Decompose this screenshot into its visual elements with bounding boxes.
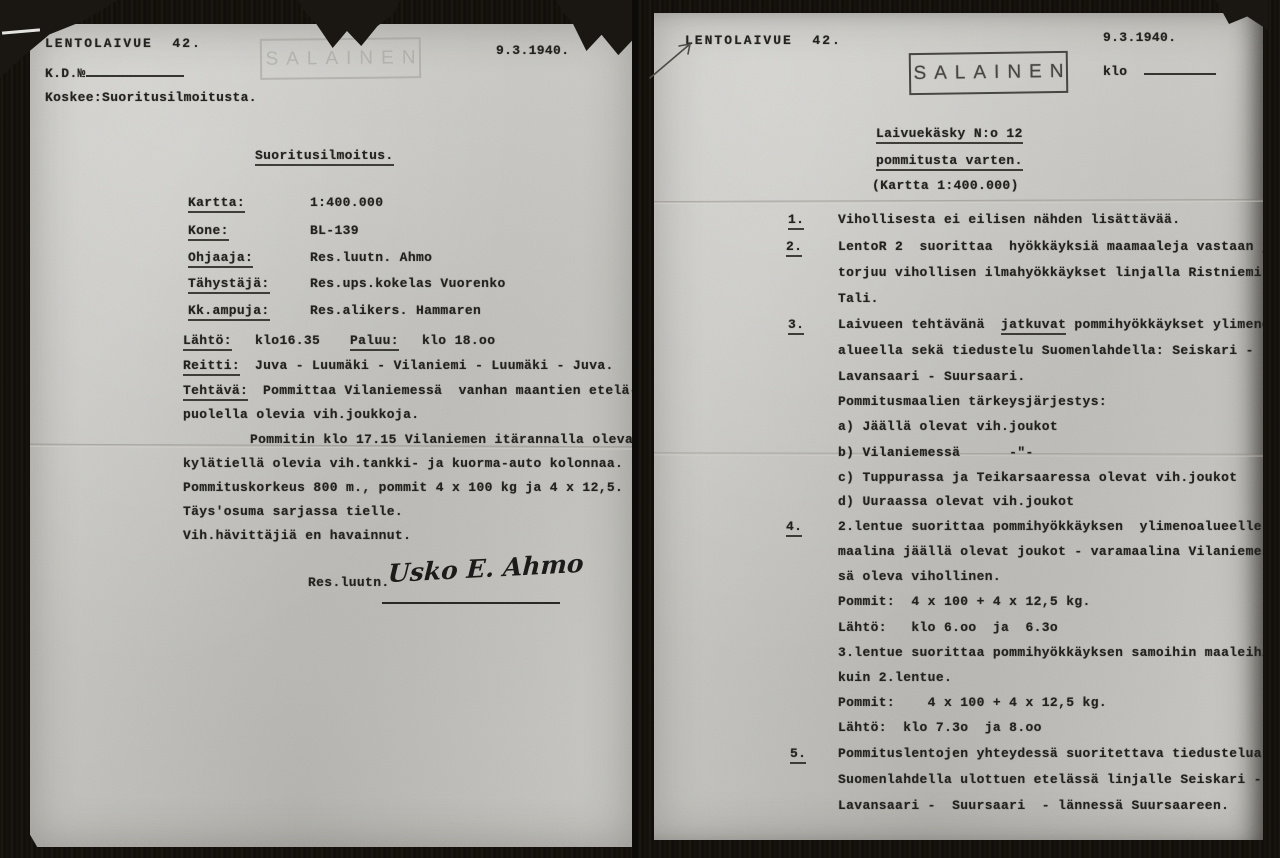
unit-header: LENTOLAIVUE 42. xyxy=(685,33,842,48)
order-line: c) Tuppurassa ja Teikarsaaressa olevat v… xyxy=(838,470,1237,485)
item-number: 1. xyxy=(788,212,804,230)
date: 9.3.1940. xyxy=(1103,30,1176,45)
handwritten-signature: Usko E. Ahmo xyxy=(387,549,584,588)
return-value: klo 18.oo xyxy=(422,333,495,348)
mission-value: Pommittaa Vilaniemessä vanhan maantien e… xyxy=(263,383,632,398)
klo-blank xyxy=(1144,62,1216,75)
diary-number-blank xyxy=(86,64,184,77)
order-line: Laivueen tehtävänä jatkuvat pommihyökkäy… xyxy=(838,317,1263,332)
field-label-kkampuja: Kk.ampuja: xyxy=(188,303,270,321)
order-line-segment: Laivueen tehtävänä xyxy=(838,317,1001,332)
field-value-ohjaaja: Res.luutn. Ahmo xyxy=(310,250,432,265)
order-line: 2.lentue suorittaa pommihyökkäyksen ylim… xyxy=(838,519,1262,534)
report-line: kylätiellä olevia vih.tankki- ja kuorma-… xyxy=(183,456,623,471)
right-photo-background: LENTOLAIVUE 42. 9.3.1940. klo SALAINEN L… xyxy=(638,0,1280,858)
secret-stamp: SALAINEN xyxy=(909,51,1069,95)
unit-header: LENTOLAIVUE 42. xyxy=(45,36,202,51)
handwritten-arrow xyxy=(644,34,698,82)
field-value-kartta: 1:400.000 xyxy=(310,195,383,210)
date: 9.3.1940. xyxy=(496,43,569,58)
order-line: Suomenlahdella ulottuen etelässä linjall… xyxy=(838,772,1262,787)
order-line: Pommituslentojen yhteydessä suoritettava… xyxy=(838,746,1262,761)
field-label-tahystaja: Tähystäjä: xyxy=(188,276,270,294)
field-value-kkampuja: Res.alikers. Hammaren xyxy=(310,303,481,318)
diary-number-label: K.D.№ xyxy=(45,66,86,81)
report-line: Täys'osuma sarjassa tielle. xyxy=(183,504,403,519)
order-line: Lähtö: klo 7.3o ja 8.oo xyxy=(838,720,1042,735)
paper-crease xyxy=(654,199,1263,204)
return-label: Paluu: xyxy=(350,333,399,351)
order-line: maalina jäällä olevat joukot - varamaali… xyxy=(838,544,1263,559)
item-number: 3. xyxy=(788,317,804,335)
depart-label: Lähtö: xyxy=(183,333,232,351)
order-line: Pommit: 4 x 100 + 4 x 12,5 kg. xyxy=(838,695,1107,710)
order-line: b) Vilaniemessä -"- xyxy=(838,445,1034,460)
order-line: LentoR 2 suorittaa hyökkäyksiä maamaalej… xyxy=(838,239,1263,254)
order-line: Vihollisesta ei eilisen nähden lisättävä… xyxy=(838,212,1180,227)
item-number: 4. xyxy=(786,519,802,537)
subject-line: Koskee:Suoritusilmoitusta. xyxy=(45,90,257,105)
order-title-line2: pommitusta varten. xyxy=(876,153,1023,171)
mission-label: Tehtävä: xyxy=(183,383,248,401)
left-document-page: LENTOLAIVUE 42. K.D.№ Koskee:Suoritusilm… xyxy=(30,24,632,847)
order-line: Pommitusmaalien tärkeysjärjestys: xyxy=(838,394,1107,409)
mission-cont: puolella olevia vih.joukkoja. xyxy=(183,407,419,422)
order-line: Pommit: 4 x 100 + 4 x 12,5 kg. xyxy=(838,594,1091,609)
signature-rank: Res.luutn. xyxy=(308,575,390,590)
right-document-page: LENTOLAIVUE 42. 9.3.1940. klo SALAINEN L… xyxy=(654,13,1263,840)
order-line: torjuu vihollisen ilmahyökkäykset linjal… xyxy=(838,265,1263,280)
order-line: d) Uuraassa olevat vih.joukot xyxy=(838,494,1074,509)
field-label-ohjaaja: Ohjaaja: xyxy=(188,250,253,268)
diary-number-line: K.D.№ xyxy=(45,64,184,81)
order-title-line1: Laivuekäsky N:o 12 xyxy=(876,126,1023,144)
order-line-segment: pommihyökkäykset ylimeno- xyxy=(1066,317,1263,332)
order-line: 3.lentue suorittaa pommihyökkäyksen samo… xyxy=(838,645,1263,660)
field-value-tahystaja: Res.ups.kokelas Vuorenko xyxy=(310,276,506,291)
signature-underline xyxy=(382,602,560,604)
order-line: kuin 2.lentue. xyxy=(838,670,952,685)
secret-stamp: SALAINEN xyxy=(260,37,421,80)
item-number: 2. xyxy=(786,239,802,257)
klo-label: klo xyxy=(1103,64,1127,79)
order-line: Lähtö: klo 6.oo ja 6.3o xyxy=(838,620,1058,635)
field-label-kartta: Kartta: xyxy=(188,195,245,213)
page-title: Suoritusilmoitus. xyxy=(255,148,394,166)
item-number: 5. xyxy=(790,746,806,764)
report-line: Pommituskorkeus 800 m., pommit 4 x 100 k… xyxy=(183,480,623,495)
order-line: a) Jäällä olevat vih.joukot xyxy=(838,419,1058,434)
route-label: Reitti: xyxy=(183,358,240,376)
order-line: Tali. xyxy=(838,291,879,306)
order-line: Lavansaari - Suursaari. xyxy=(838,369,1025,384)
order-line: sä oleva vihollinen. xyxy=(838,569,1001,584)
left-photo-background: LENTOLAIVUE 42. K.D.№ Koskee:Suoritusilm… xyxy=(0,0,632,858)
order-map-scale: (Kartta 1:400.000) xyxy=(872,178,1019,193)
route-value: Juva - Luumäki - Vilaniemi - Luumäki - J… xyxy=(255,358,614,373)
order-line-underlined-word: jatkuvat xyxy=(1001,317,1066,335)
order-line: Lavansaari - Suursaari - lännessä Suursa… xyxy=(838,798,1229,813)
klo-line: klo xyxy=(1103,62,1216,79)
field-value-kone: BL-139 xyxy=(310,223,359,238)
depart-value: klo16.35 xyxy=(255,333,320,348)
field-label-kone: Kone: xyxy=(188,223,229,241)
report-line: Pommitin klo 17.15 Vilaniemen itärannall… xyxy=(250,432,632,447)
report-line: Vih.hävittäjiä en havainnut. xyxy=(183,528,411,543)
order-line: alueella sekä tiedustelu Suomenlahdella:… xyxy=(838,343,1254,358)
